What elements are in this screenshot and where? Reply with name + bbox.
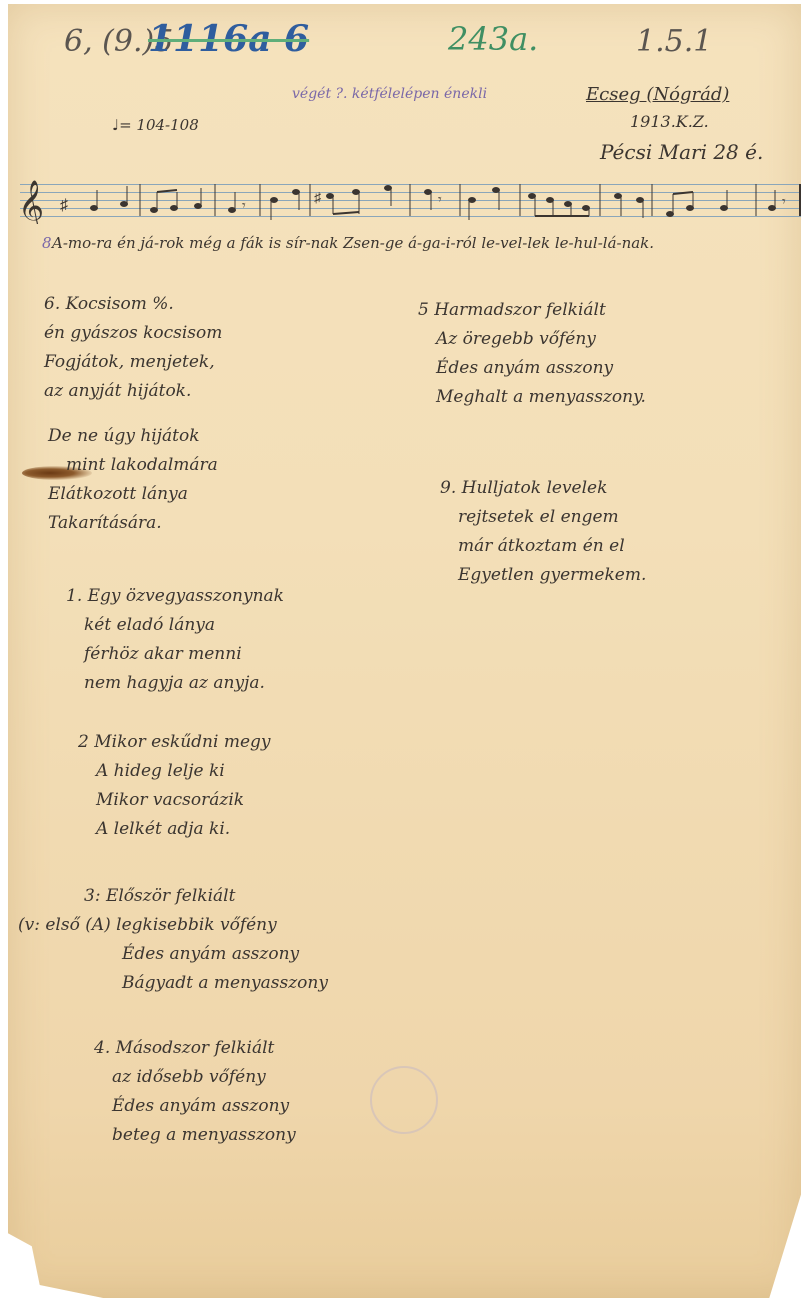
manuscript-page: 6, (9.)5 1116a 6 243a. 1.5.1 végét ?. ké… [8,4,801,1298]
stanza-5: 5 Harmadszor felkiált Az öregebb vőfény … [418,296,646,412]
catalog-struck-number: 1116a 6 [148,18,309,60]
lyric-line-label: 8 [42,234,52,252]
stanza-1: 1. Egy özvegyasszonynak két eladó lánya … [66,582,284,698]
music-staff: 𝄞 ♯ [20,184,806,224]
collection-date: 1913.K.Z. [630,112,709,131]
stanza-2: 2 Mikor eskűdni megy A hideg lelje ki Mi… [78,728,271,844]
svg-text:𝄾: 𝄾 [242,199,246,214]
melody-notation: 𝄞 ♯ [20,180,806,224]
tempo-marking: ♩= 104-108 [112,116,199,134]
faded-archive-stamp [370,1066,438,1134]
svg-text:♯: ♯ [60,197,68,214]
sheet-reference: 1.5.1 [636,24,712,59]
collection-place: Ecseg (Nógrád) [586,84,729,105]
svg-text:𝄞: 𝄞 [20,180,44,224]
stanza-4: 4. Másodszor felkiált az idősebb vőfény … [94,1034,296,1150]
catalog-green-number: 243a. [448,20,538,58]
stanza-6: 6. Kocsisom %. én gyászos kocsisom Fogjá… [44,290,222,406]
stanza-9: 9. Hulljatok levelek rejtsetek el engem … [440,474,646,590]
svg-text:𝄾: 𝄾 [438,193,442,208]
performance-annotation: végét ?. kétfélelépen énekli [292,86,487,102]
svg-text:♯: ♯ [314,191,322,206]
svg-text:𝄾: 𝄾 [782,195,786,210]
stanza-3: 3: Először felkiált (v: első (A) legkise… [18,882,328,998]
stanza-6-continuation: De ne úgy hijátok mint lakodalmára Elátk… [48,422,218,538]
singer-name: Pécsi Mari 28 é. [600,140,763,164]
melody-lyrics: A-mo-ra én já-rok még a fák is sír-nak Z… [52,234,654,252]
